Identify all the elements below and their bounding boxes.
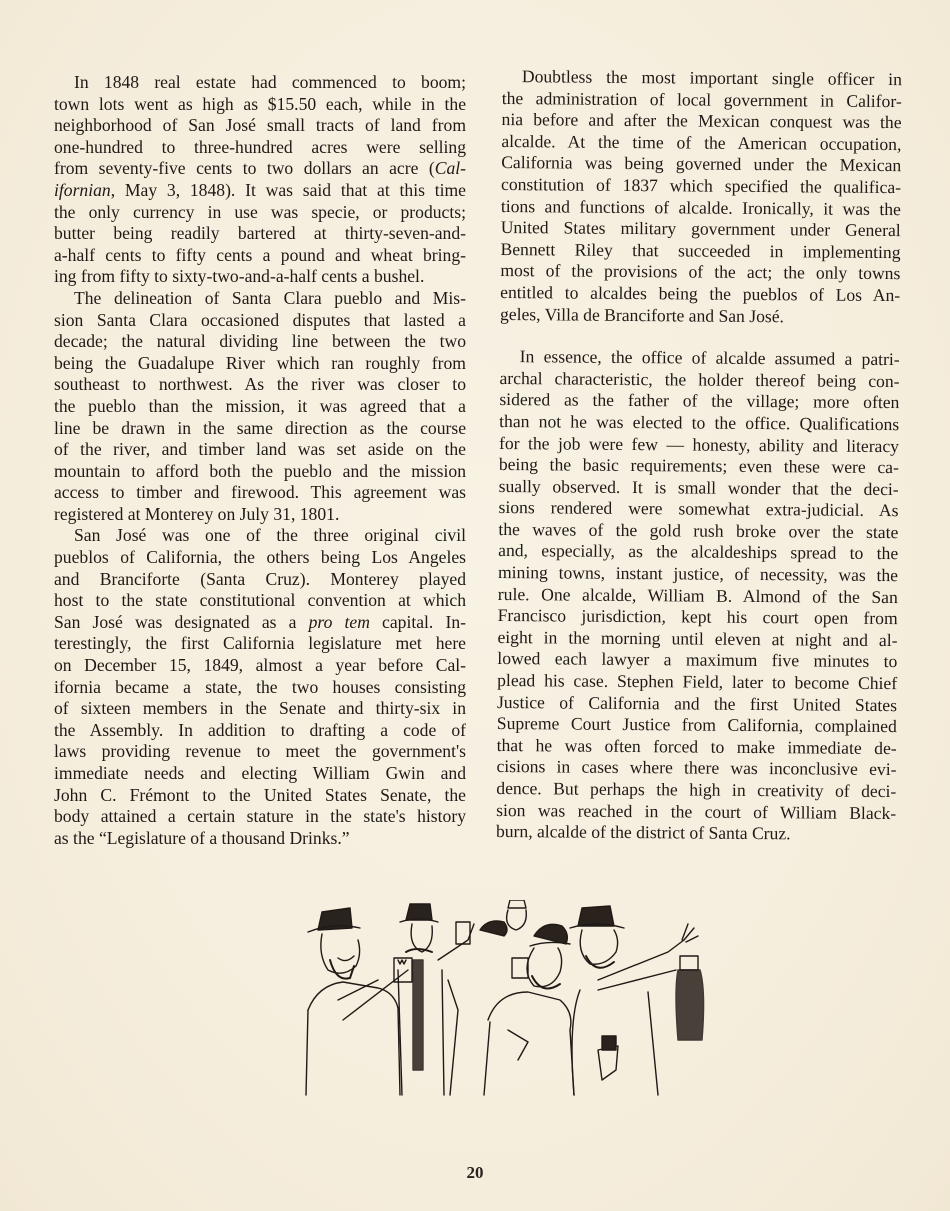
- text-line: southeast to northwest. As the river was…: [54, 374, 466, 396]
- italic-text: ifornian: [54, 180, 111, 200]
- text-line: sually observed. It is small wonder that…: [499, 476, 899, 501]
- text-line: from seventy-five cents to two dollars a…: [54, 158, 466, 180]
- paragraph-san-jose-pueblo: San José was one of the three original c…: [54, 525, 466, 849]
- text-line: alcalde. At the time of the American occ…: [501, 131, 901, 156]
- text-line: The delineation of Santa Clara pueblo an…: [54, 288, 466, 310]
- text-line: the Assembly. In addition to drafting a …: [54, 720, 466, 742]
- text-line: Justice of California and the first Unit…: [497, 692, 897, 717]
- paragraph-patriarchal-alcalde: In essence, the office of alcalde assume…: [496, 346, 900, 846]
- text-line: constitution of 1837 which specified the…: [501, 174, 901, 199]
- text-line: that he was often forced to make immedia…: [497, 735, 897, 760]
- text-line: sion was reached in the court of William…: [496, 800, 896, 825]
- text-line: mountain to afford both the pueblo and t…: [54, 461, 466, 483]
- text-line: host to the state constitutional convent…: [54, 590, 466, 612]
- drinking-men-illustration-icon: [298, 900, 718, 1100]
- text-line: ing from fifty to sixty-two-and-a-half c…: [54, 266, 466, 288]
- text-line: than not he was elected to the office. Q…: [499, 411, 899, 436]
- text-line: access to timber and firewood. This agre…: [54, 482, 466, 504]
- text-line: sidered as the father of the village; mo…: [499, 389, 899, 414]
- text-line: ifornian, May 3, 1848). It was said that…: [54, 180, 466, 202]
- text-line: Supreme Court Justice from California, c…: [497, 713, 897, 738]
- left-column: In 1848 real estate had commenced to boo…: [54, 72, 466, 849]
- text-line: town lots went as high as $15.50 each, w…: [54, 94, 466, 116]
- text-line: ifornia became a state, the two houses c…: [54, 677, 466, 699]
- text-line: San José was one of the three original c…: [54, 525, 466, 547]
- text-line: terestingly, the first California legisl…: [54, 633, 466, 655]
- text-line: most of the provisions of the act; the o…: [500, 260, 900, 285]
- right-column: Doubtless the most important single offi…: [496, 66, 902, 846]
- text-line: decade; the natural dividing line betwee…: [54, 331, 466, 353]
- man-2-figure: [398, 904, 474, 1095]
- text-line: Bennett Riley that succeeded in implemen…: [500, 239, 900, 264]
- text-line: the waves of the gold rush broke over th…: [498, 519, 898, 544]
- text-line: one-hundred to three-hundred acres were …: [54, 137, 466, 159]
- text-line: burn, alcalde of the district of Santa C…: [496, 821, 896, 846]
- paragraph-alcalde-office: Doubtless the most important single offi…: [500, 66, 902, 328]
- text-line: geles, Villa de Branciforte and San José…: [500, 304, 900, 329]
- text-line: on December 15, 1849, almost a year befo…: [54, 655, 466, 677]
- text-line: the only currency in use was specie, or …: [54, 202, 466, 224]
- text-line: archal characteristic, the holder thereo…: [499, 368, 899, 393]
- text-line: plead his case. Stephen Field, later to …: [497, 670, 897, 695]
- text-line: registered at Monterey on July 31, 1801.: [54, 504, 466, 526]
- text-line: eight in the morning until eleven at nig…: [497, 627, 897, 652]
- text-line: San José was designated as a pro tem cap…: [54, 612, 466, 634]
- man-1-figure: [306, 908, 412, 1095]
- text-line: being the Guadalupe River which ran roug…: [54, 353, 466, 375]
- text-line: body attained a certain stature in the s…: [54, 806, 466, 828]
- text-line: the pueblo than the mission, it was agre…: [54, 396, 466, 418]
- text-line: and, especially, as the alcaldeships spr…: [498, 540, 898, 565]
- text-line: butter being readily bartered at thirty-…: [54, 223, 466, 245]
- text-line: Doubtless the most important single offi…: [502, 66, 902, 91]
- paragraph-santa-clara-delineation: The delineation of Santa Clara pueblo an…: [54, 288, 466, 526]
- back-men-figures: [448, 900, 526, 1095]
- text-line: United States military government under …: [501, 217, 901, 242]
- paragraph-real-estate-boom: In 1848 real estate had commenced to boo…: [54, 72, 466, 288]
- text-line: the administration of local government i…: [502, 88, 902, 113]
- text-line: nia before and after the Mexican conques…: [501, 109, 901, 134]
- text-line: cisions in cases where there was inconcl…: [496, 756, 896, 781]
- text-line: sions rendered were somewhat extra-judic…: [498, 497, 898, 522]
- page-number: 20: [0, 1163, 950, 1183]
- text-line: of sixteen members in the Senate and thi…: [54, 698, 466, 720]
- book-page: In 1848 real estate had commenced to boo…: [0, 0, 950, 1211]
- man-4-figure: [570, 906, 704, 1095]
- text-line: pueblos of California, the others being …: [54, 547, 466, 569]
- text-line: line be drawn in the same direction as t…: [54, 418, 466, 440]
- text-line: of the river, and timber land was set as…: [54, 439, 466, 461]
- italic-text: pro tem: [309, 612, 370, 632]
- text-line: laws providing revenue to meet the gover…: [54, 741, 466, 763]
- man-3-figure: [484, 924, 574, 1095]
- text-line: as the “Legislature of a thousand Drinks…: [54, 828, 466, 850]
- text-line: sion Santa Clara occasioned disputes tha…: [54, 310, 466, 332]
- text-line: immediate needs and electing William Gwi…: [54, 763, 466, 785]
- text-line: rule. One alcalde, William B. Almond of …: [498, 584, 898, 609]
- italic-text: Cal-: [435, 158, 466, 178]
- text-line: being the basic requirements; even these…: [499, 454, 899, 479]
- text-line: tions and functions of alcalde. Ironical…: [501, 196, 901, 221]
- text-line: John C. Frémont to the United States Sen…: [54, 785, 466, 807]
- text-line: mining towns, instant justice, of necess…: [498, 562, 898, 587]
- text-line: In essence, the office of alcalde assume…: [500, 346, 900, 371]
- text-line: dence. But perhaps the high in creativit…: [496, 778, 896, 803]
- text-line: lowed each lawyer a maximum five minutes…: [497, 648, 897, 673]
- text-line: entitled to alcaldes being the pueblos o…: [500, 282, 900, 307]
- text-line: and Branciforte (Santa Cruz). Monterey p…: [54, 569, 466, 591]
- text-line: Francisco jurisdiction, kept his court o…: [498, 605, 898, 630]
- text-line: In 1848 real estate had commenced to boo…: [54, 72, 466, 94]
- text-line: neighborhood of San José small tracts of…: [54, 115, 466, 137]
- text-line: for the job were few — honesty, ability …: [499, 432, 899, 457]
- text-line: a-half cents to fifty cents a pound and …: [54, 245, 466, 267]
- text-line: California was being governed under the …: [501, 152, 901, 177]
